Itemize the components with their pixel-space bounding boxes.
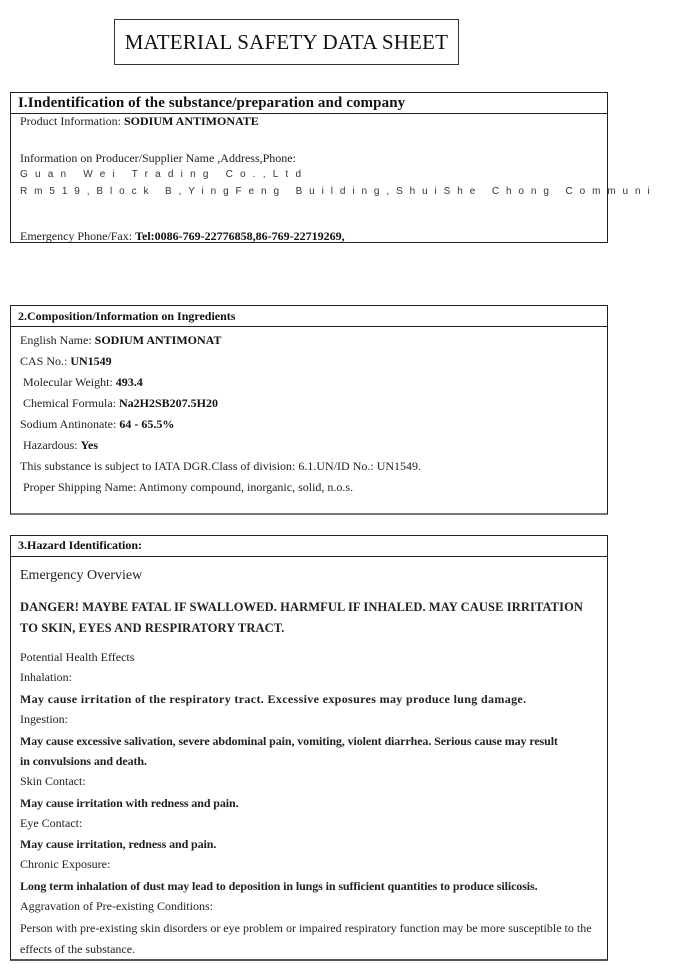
- shipping-name: Proper Shipping Name: Antimony compound,…: [23, 480, 353, 495]
- section-composition: 2.Composition/Information on Ingredients…: [10, 305, 608, 515]
- field-label: Sodium Antinonate:: [20, 417, 116, 431]
- eye-contact-text: May cause irritation, redness and pain.: [20, 837, 216, 852]
- field-sodium-antinonate: Sodium Antinonate: 64 - 65.5%: [20, 417, 174, 432]
- inhalation-label: Inhalation:: [20, 670, 72, 685]
- chronic-exposure-text: Long term inhalation of dust may lead to…: [20, 879, 537, 894]
- section-identification-heading: I.Indentification of the substance/prepa…: [11, 93, 607, 114]
- field-value: Na2H2SB207.5H20: [119, 396, 218, 410]
- potential-health-effects-label: Potential Health Effects: [20, 650, 134, 665]
- ingestion-text-line2: in convulsions and death.: [20, 754, 147, 769]
- field-molecular-weight: Molecular Weight: 493.4: [23, 375, 143, 390]
- field-value: Yes: [81, 438, 98, 452]
- section-identification: I.Indentification of the substance/prepa…: [10, 92, 608, 243]
- field-label: Hazardous:: [23, 438, 78, 452]
- aggravation-label: Aggravation of Pre-existing Conditions:: [20, 899, 213, 914]
- ingestion-text-line1: May cause excessive salivation, severe a…: [20, 734, 558, 749]
- section-hazard-identification: 3.Hazard Identification: Emergency Overv…: [10, 535, 608, 961]
- product-value: SODIUM ANTIMONATE: [124, 114, 259, 128]
- field-cas-no: CAS No.: UN1549: [20, 354, 112, 369]
- field-chemical-formula: Chemical Formula: Na2H2SB207.5H20: [23, 396, 218, 411]
- aggravation-text: Person with pre-existing skin disorders …: [20, 918, 605, 960]
- company-address: Rm519,Block B,YingFeng Building,ShuiShe …: [20, 186, 657, 197]
- field-value: 493.4: [116, 375, 143, 389]
- field-english-name: English Name: SODIUM ANTIMONAT: [20, 333, 221, 348]
- skin-contact-text: May cause irritation with redness and pa…: [20, 796, 239, 811]
- product-information: Product Information: SODIUM ANTIMONATE: [20, 114, 259, 129]
- company-name: Guan Wei Trading Co.,Ltd: [20, 169, 308, 180]
- field-label: CAS No.:: [20, 354, 67, 368]
- emergency-value: Tel:0086-769-22776858,86-769-22719269,: [135, 229, 345, 243]
- danger-statement-line2: TO SKIN, EYES AND RESPIRATORY TRACT.: [20, 621, 284, 636]
- field-hazardous: Hazardous: Yes: [23, 438, 98, 453]
- section-composition-heading: 2.Composition/Information on Ingredients: [11, 306, 607, 327]
- section-hazard-heading: 3.Hazard Identification:: [11, 536, 607, 557]
- iata-note: This substance is subject to IATA DGR.Cl…: [20, 459, 421, 474]
- field-value: SODIUM ANTIMONAT: [95, 333, 222, 347]
- ingestion-label: Ingestion:: [20, 712, 68, 727]
- field-label: Chemical Formula:: [23, 396, 116, 410]
- skin-contact-label: Skin Contact:: [20, 774, 86, 789]
- producer-label: Information on Producer/Supplier Name ,A…: [20, 151, 296, 166]
- emergency-overview-label: Emergency Overview: [20, 568, 142, 584]
- product-label: Product Information:: [20, 114, 121, 128]
- danger-statement-line1: DANGER! MAYBE FATAL IF SWALLOWED. HARMFU…: [20, 600, 583, 615]
- emergency-phone: Emergency Phone/Fax: Tel:0086-769-227768…: [20, 229, 345, 244]
- eye-contact-label: Eye Contact:: [20, 816, 82, 831]
- chronic-exposure-label: Chronic Exposure:: [20, 857, 110, 872]
- emergency-label: Emergency Phone/Fax:: [20, 229, 132, 243]
- field-value: UN1549: [70, 354, 111, 368]
- inhalation-text: May cause irritation of the respiratory …: [20, 692, 526, 707]
- field-label: English Name:: [20, 333, 92, 347]
- field-label: Molecular Weight:: [23, 375, 113, 389]
- field-value: 64 - 65.5%: [119, 417, 174, 431]
- document-title: MATERIAL SAFETY DATA SHEET: [114, 19, 459, 65]
